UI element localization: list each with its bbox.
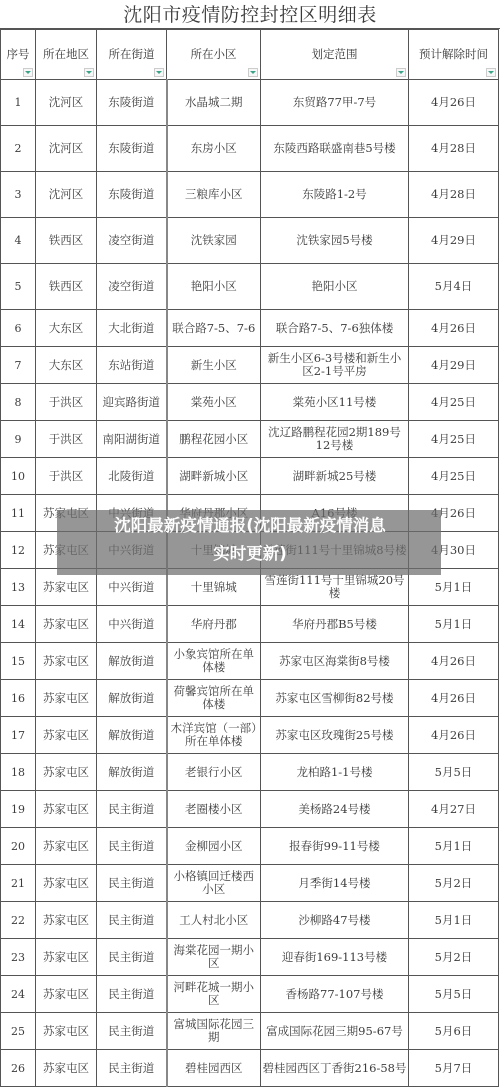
cell-district: 苏家屯区 [36,976,97,1013]
cell-street: 凌空街道 [97,218,167,264]
cell-seq: 14 [1,606,36,643]
table-row: 16苏家屯区解放街道荷馨宾馆所在单体楼苏家屯区雪柳街82号楼4月26日 [1,680,499,717]
column-header-release: 预计解除时间 [409,30,499,80]
table-row: 14苏家屯区中兴街道华府丹郡华府丹郡B5号楼5月1日 [1,606,499,643]
cell-district: 苏家屯区 [36,865,97,902]
cell-release: 4月25日 [409,458,499,495]
cell-street: 东陵街道 [97,80,167,126]
dropdown-filter-icon[interactable] [84,68,94,77]
cell-seq: 19 [1,791,36,828]
cell-scope: 碧桂园西区丁香街216-58号 [261,1050,409,1087]
table-row: 7大东区东站街道新生小区新生小区6-3号楼和新生小区2-1号平房4月29日 [1,347,499,384]
dropdown-filter-icon[interactable] [154,68,164,77]
cell-community: 荷馨宾馆所在单体楼 [167,680,261,717]
cell-release: 5月1日 [409,902,499,939]
cell-release: 4月28日 [409,126,499,172]
cell-seq: 15 [1,643,36,680]
table-row: 1沈河区东陵街道水晶城二期东贸路77甲-7号4月26日 [1,80,499,126]
cell-release: 4月27日 [409,791,499,828]
cell-street: 民主街道 [97,902,167,939]
cell-district: 苏家屯区 [36,1013,97,1050]
cell-scope: 沙柳路47号楼 [261,902,409,939]
cell-scope: 报春街99-11号楼 [261,828,409,865]
cell-district: 铁西区 [36,264,97,310]
cell-community: 湖畔新城小区 [167,458,261,495]
cell-district: 苏家屯区 [36,643,97,680]
cell-community: 新生小区 [167,347,261,384]
cell-district: 大东区 [36,310,97,347]
cell-community: 三粮库小区 [167,172,261,218]
cell-community: 老圈楼小区 [167,791,261,828]
table-row: 3沈河区东陵街道三粮库小区东陵路1-2号4月28日 [1,172,499,218]
page-title: 沈阳市疫情防控封控区明细表 [0,0,500,29]
cell-community: 小格镇回迁楼西小区 [167,865,261,902]
table-row: 20苏家屯区民主街道金柳园小区报春街99-11号楼5月1日 [1,828,499,865]
cell-scope: 苏家屯区雪柳街82号楼 [261,680,409,717]
cell-street: 大北街道 [97,310,167,347]
cell-release: 4月26日 [409,680,499,717]
dropdown-filter-icon[interactable] [248,68,258,77]
table-row: 22苏家屯区民主街道工人村北小区沙柳路47号楼5月1日 [1,902,499,939]
cell-seq: 23 [1,939,36,976]
cell-community: 木洋宾馆（一部）所在单体楼 [167,717,261,754]
cell-street: 东陵街道 [97,172,167,218]
cell-street: 民主街道 [97,939,167,976]
column-header-seq: 序号 [1,30,36,80]
cell-scope: 苏家屯区玫瑰街25号楼 [261,717,409,754]
cell-release: 5月1日 [409,828,499,865]
table-row: 8于洪区迎宾路街道棠苑小区棠苑小区11号楼4月25日 [1,384,499,421]
table-row: 17苏家屯区解放街道木洋宾馆（一部）所在单体楼苏家屯区玫瑰街25号楼4月26日 [1,717,499,754]
cell-community: 工人村北小区 [167,902,261,939]
cell-seq: 24 [1,976,36,1013]
cell-street: 中兴街道 [97,606,167,643]
table-row: 6大东区大北街道联合路7-5、7-6联合路7-5、7-6独体楼4月26日 [1,310,499,347]
cell-scope: 美杨路24号楼 [261,791,409,828]
cell-scope: 沈铁家园5号楼 [261,218,409,264]
table-row: 5铁西区凌空街道艳阳小区艳阳小区5月4日 [1,264,499,310]
cell-community: 华府丹郡 [167,606,261,643]
cell-community: 金柳园小区 [167,828,261,865]
column-header-scope: 划定范围 [261,30,409,80]
cell-release: 5月2日 [409,865,499,902]
cell-release: 4月26日 [409,310,499,347]
cell-seq: 25 [1,1013,36,1050]
cell-street: 解放街道 [97,754,167,791]
cell-street: 解放街道 [97,717,167,754]
cell-seq: 16 [1,680,36,717]
cell-district: 苏家屯区 [36,606,97,643]
cell-community: 富城国际花园三期 [167,1013,261,1050]
dropdown-filter-icon[interactable] [486,68,496,77]
cell-seq: 7 [1,347,36,384]
cell-district: 于洪区 [36,384,97,421]
table-row: 2沈河区东陵街道东房小区东陵西路联盛南巷5号楼4月28日 [1,126,499,172]
cell-street: 解放街道 [97,680,167,717]
cell-release: 5月2日 [409,939,499,976]
cell-scope: 沈辽路鹏程花园2期189号12号楼 [261,421,409,458]
cell-community: 碧桂园西区 [167,1050,261,1087]
cell-street: 南阳湖街道 [97,421,167,458]
cell-street: 迎宾路街道 [97,384,167,421]
cell-community: 东房小区 [167,126,261,172]
cell-street: 北陵街道 [97,458,167,495]
cell-scope: 棠苑小区11号楼 [261,384,409,421]
cell-seq: 22 [1,902,36,939]
cell-street: 解放街道 [97,643,167,680]
cell-seq: 20 [1,828,36,865]
cell-community: 艳阳小区 [167,264,261,310]
cell-scope: 富成国际花园三期95-67号 [261,1013,409,1050]
overlay-banner-text: 沈阳最新疫情通报(沈阳最新疫情消息 实时更新) [60,512,440,568]
cell-street: 民主街道 [97,1013,167,1050]
cell-seq: 3 [1,172,36,218]
cell-seq: 6 [1,310,36,347]
cell-community: 水晶城二期 [167,80,261,126]
table-row: 24苏家屯区民主街道河畔花城一期小区香杨路77-107号楼5月5日 [1,976,499,1013]
cell-community: 海棠花园一期小区 [167,939,261,976]
cell-release: 4月26日 [409,643,499,680]
cell-scope: 华府丹郡B5号楼 [261,606,409,643]
cell-scope: 艳阳小区 [261,264,409,310]
cell-scope: 联合路7-5、7-6独体楼 [261,310,409,347]
table-row: 26苏家屯区民主街道碧桂园西区碧桂园西区丁香街216-58号5月7日 [1,1050,499,1087]
cell-district: 沈河区 [36,126,97,172]
table-row: 19苏家屯区民主街道老圈楼小区美杨路24号楼4月27日 [1,791,499,828]
table-row: 18苏家屯区解放街道老银行小区龙柏路1-1号楼5月5日 [1,754,499,791]
cell-seq: 5 [1,264,36,310]
cell-release: 4月28日 [409,172,499,218]
cell-release: 5月7日 [409,1050,499,1087]
column-header-street: 所在街道 [97,30,167,80]
cell-seq: 11 [1,495,36,532]
cell-community: 鹏程花园小区 [167,421,261,458]
cell-community: 沈铁家园 [167,218,261,264]
cell-street: 民主街道 [97,865,167,902]
cell-seq: 4 [1,218,36,264]
overlay-banner-line2: 实时更新) [60,540,440,568]
cell-community: 联合路7-5、7-6 [167,310,261,347]
cell-street: 东陵街道 [97,126,167,172]
cell-district: 苏家屯区 [36,1050,97,1087]
cell-district: 苏家屯区 [36,754,97,791]
column-header-community: 所在小区 [167,30,261,80]
cell-scope: 东贸路77甲-7号 [261,80,409,126]
cell-community: 小象宾馆所在单体楼 [167,643,261,680]
cell-district: 苏家屯区 [36,680,97,717]
cell-community: 河畔花城一期小区 [167,976,261,1013]
cell-scope: 迎春街169-113号楼 [261,939,409,976]
table-row: 25苏家屯区民主街道富城国际花园三期富成国际花园三期95-67号5月6日 [1,1013,499,1050]
cell-seq: 26 [1,1050,36,1087]
cell-seq: 21 [1,865,36,902]
cell-scope: 苏家屯区海棠街8号楼 [261,643,409,680]
cell-district: 沈河区 [36,80,97,126]
cell-release: 4月26日 [409,717,499,754]
cell-district: 苏家屯区 [36,791,97,828]
cell-release: 5月5日 [409,976,499,1013]
cell-release: 5月5日 [409,754,499,791]
cell-scope: 东陵西路联盛南巷5号楼 [261,126,409,172]
table-row: 23苏家屯区民主街道海棠花园一期小区迎春街169-113号楼5月2日 [1,939,499,976]
header-row: 序号 所在地区 所在街道 所在小区 划定范围 预计解除时间 [1,30,499,80]
cell-district: 于洪区 [36,458,97,495]
table-row: 10于洪区北陵街道湖畔新城小区湖畔新城25号楼4月25日 [1,458,499,495]
cell-seq: 2 [1,126,36,172]
cell-seq: 13 [1,569,36,606]
cell-release: 4月29日 [409,218,499,264]
cell-scope: 龙柏路1-1号楼 [261,754,409,791]
cell-release: 5月6日 [409,1013,499,1050]
cell-street: 民主街道 [97,1050,167,1087]
column-header-district: 所在地区 [36,30,97,80]
cell-community: 棠苑小区 [167,384,261,421]
table-row: 4铁西区凌空街道沈铁家园沈铁家园5号楼4月29日 [1,218,499,264]
cell-seq: 17 [1,717,36,754]
cell-release: 4月26日 [409,80,499,126]
cell-street: 民主街道 [97,976,167,1013]
cell-scope: 香杨路77-107号楼 [261,976,409,1013]
cell-release: 5月4日 [409,264,499,310]
cell-street: 民主街道 [97,828,167,865]
cell-community: 老银行小区 [167,754,261,791]
cell-seq: 8 [1,384,36,421]
cell-district: 苏家屯区 [36,902,97,939]
dropdown-filter-icon[interactable] [23,68,33,77]
cell-district: 大东区 [36,347,97,384]
cell-seq: 12 [1,532,36,569]
cell-street: 东站街道 [97,347,167,384]
cell-release: 5月1日 [409,606,499,643]
cell-release: 4月25日 [409,421,499,458]
cell-district: 苏家屯区 [36,939,97,976]
table-row: 21苏家屯区民主街道小格镇回迁楼西小区月季街14号楼5月2日 [1,865,499,902]
cell-scope: 湖畔新城25号楼 [261,458,409,495]
table-row: 15苏家屯区解放街道小象宾馆所在单体楼苏家屯区海棠街8号楼4月26日 [1,643,499,680]
cell-scope: 东陵路1-2号 [261,172,409,218]
cell-seq: 9 [1,421,36,458]
cell-district: 铁西区 [36,218,97,264]
cell-district: 苏家屯区 [36,717,97,754]
cell-street: 民主街道 [97,791,167,828]
table-row: 9于洪区南阳湖街道鹏程花园小区沈辽路鹏程花园2期189号12号楼4月25日 [1,421,499,458]
cell-seq: 1 [1,80,36,126]
cell-release: 4月25日 [409,384,499,421]
cell-street: 凌空街道 [97,264,167,310]
cell-district: 苏家屯区 [36,828,97,865]
cell-seq: 10 [1,458,36,495]
cell-seq: 18 [1,754,36,791]
overlay-banner-line1: 沈阳最新疫情通报(沈阳最新疫情消息 [60,512,440,540]
cell-scope: 月季街14号楼 [261,865,409,902]
dropdown-filter-icon[interactable] [396,68,406,77]
cell-district: 于洪区 [36,421,97,458]
cell-release: 4月29日 [409,347,499,384]
cell-scope: 新生小区6-3号楼和新生小区2-1号平房 [261,347,409,384]
cell-district: 沈河区 [36,172,97,218]
